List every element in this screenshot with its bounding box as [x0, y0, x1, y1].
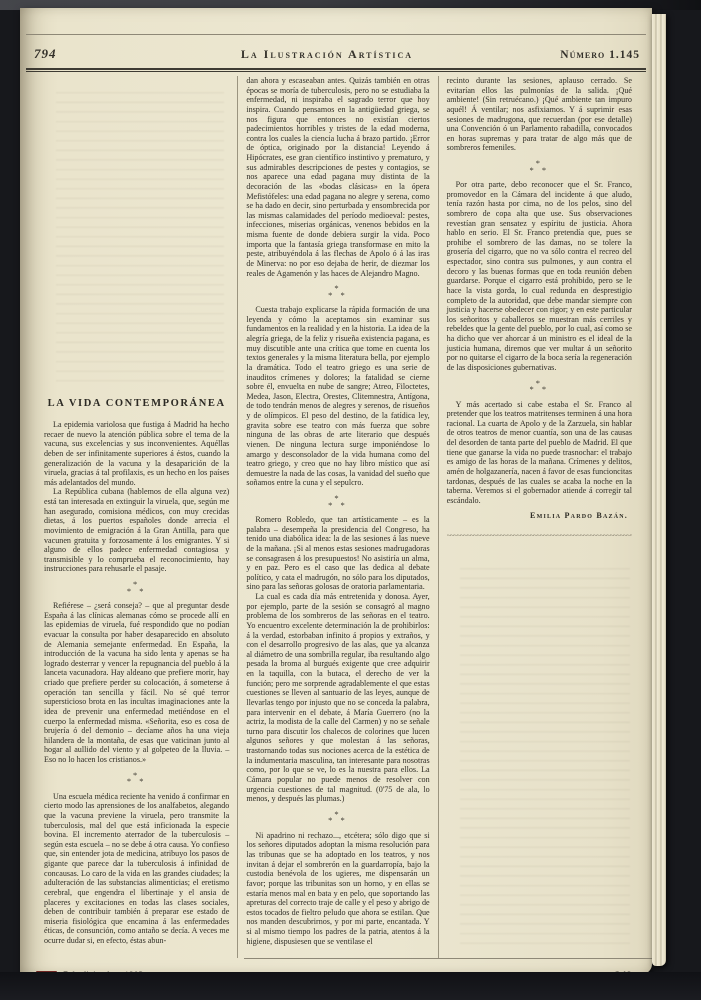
squiggle-divider: ~~~~~~~~~~~~~~~~~~~~~~~~~~~~~~~~~~~~~~~~… [447, 531, 632, 540]
author-signature: Emilia Pardo Bazán. [447, 511, 632, 521]
paragraph: Refiérese – ¿será conseja? – que al preg… [44, 601, 229, 765]
article-title: LA VIDA CONTEMPORÁNEA [44, 398, 229, 410]
paragraph: dan ahora y escaseaban antes. Quizás tam… [246, 76, 429, 278]
paragraph: La epidemia variolosa que fustiga á Madr… [44, 420, 229, 487]
column-middle: dan ahora y escaseaban antes. Quizás tam… [237, 76, 438, 958]
paragraph: Cuesta trabajo explicarse la rápida form… [246, 305, 429, 488]
paragraph: La cual es cada día más entretenida y do… [246, 592, 429, 804]
scanned-page: 794 La Ilustración Artística Número 1.14… [20, 8, 652, 974]
column-left: LA VIDA CONTEMPORÁNEALa epidemia variolo… [36, 76, 237, 958]
paragraph: Ni apadrino ni rechazo..., etcétera; sól… [246, 831, 429, 947]
page-folio-left: 794 [34, 46, 154, 62]
header-double-rule [26, 68, 646, 72]
paragraph: Romero Robledo, que tan artísticamente –… [246, 515, 429, 592]
article-body: LA VIDA CONTEMPORÁNEALa epidemia variolo… [36, 76, 640, 958]
asterism-ornament: * * * [44, 772, 229, 785]
paragraph: Por otra parte, debo reconocer que el Sr… [447, 180, 632, 373]
asterism-ornament: * * * [447, 160, 632, 173]
asterism-ornament: * * * [447, 380, 632, 393]
asterism-ornament: * * * [246, 495, 429, 508]
bottom-rule [244, 958, 652, 959]
asterism-ornament: * * * [246, 811, 429, 824]
asterism-ornament: * * * [44, 581, 229, 594]
top-rule [26, 34, 646, 35]
book-page-edges [652, 14, 666, 966]
paragraph: Y más acertado si cabe estaba el Sr. Fra… [447, 400, 632, 506]
photo-background-bottom [0, 972, 701, 1000]
asterism-ornament: * * * [246, 285, 429, 298]
paragraph: La República cubana (hablemos de ella al… [44, 487, 229, 574]
running-head: 794 La Ilustración Artística Número 1.14… [34, 46, 640, 68]
issue-number: Número 1.145 [500, 49, 640, 61]
paragraph: Una escuela médica reciente ha venido á … [44, 792, 229, 946]
paragraph: recinto durante las sesiones, aplauso ce… [447, 76, 632, 153]
publication-masthead: La Ilustración Artística [154, 47, 500, 62]
column-right: recinto durante las sesiones, aplauso ce… [439, 76, 640, 958]
